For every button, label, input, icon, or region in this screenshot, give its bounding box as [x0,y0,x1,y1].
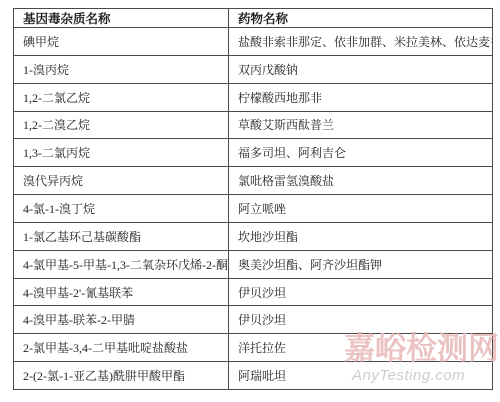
impurity-cell: 2-氯甲基-3,4-二甲基吡啶盐酸盐 [14,334,229,362]
table-row: 1-溴丙烷双丙戊酸钠 [14,55,493,83]
document-page: 基因毒杂质名称 药物名称 碘甲烷盐酸非索非那定、依非加群、米拉美林、依达麦布1-… [0,0,500,402]
impurity-cell: 1-溴丙烷 [14,55,229,83]
impurity-cell: 溴代异丙烷 [14,167,229,195]
drug-cell: 盐酸非索非那定、依非加群、米拉美林、依达麦布 [229,28,493,56]
table-row: 1,2-二氯乙烷柠檬酸西地那非 [14,83,493,111]
header-row: 基因毒杂质名称 药物名称 [14,9,493,28]
impurity-cell: 1,3-二氯丙烷 [14,139,229,167]
impurity-cell: 1-氯乙基环己基碳酸酯 [14,222,229,250]
drug-cell: 草酸艾斯西酞普兰 [229,111,493,139]
table-row: 4-溴甲基-2'-氰基联苯伊贝沙坦 [14,278,493,306]
drug-cell: 伊贝沙坦 [229,278,493,306]
table-row: 2-(2-氯-1-亚乙基)酰肼甲酸甲酯阿瑞吡坦 [14,362,493,390]
impurity-cell: 4-氯-1-溴丁烷 [14,195,229,223]
table-row: 碘甲烷盐酸非索非那定、依非加群、米拉美林、依达麦布 [14,28,493,56]
drug-cell: 坎地沙坦酯 [229,222,493,250]
table-row: 4-氯-1-溴丁烷阿立哌唑 [14,195,493,223]
impurity-cell: 2-(2-氯-1-亚乙基)酰肼甲酸甲酯 [14,362,229,390]
table-row: 4-氯甲基-5-甲基-1,3-二氧杂环戊烯-2-酮奥美沙坦酯、阿齐沙坦酯钾 [14,250,493,278]
drug-cell: 伊贝沙坦 [229,306,493,334]
impurity-cell: 碘甲烷 [14,28,229,56]
drug-cell: 阿瑞吡坦 [229,362,493,390]
table-row: 1,3-二氯丙烷福多司坦、阿利吉仑 [14,139,493,167]
drug-cell: 阿立哌唑 [229,195,493,223]
impurity-cell: 4-氯甲基-5-甲基-1,3-二氧杂环戊烯-2-酮 [14,250,229,278]
drug-cell: 奥美沙坦酯、阿齐沙坦酯钾 [229,250,493,278]
table-row: 2-氯甲基-3,4-二甲基吡啶盐酸盐洋托拉佐 [14,334,493,362]
drug-cell: 双丙戊酸钠 [229,55,493,83]
table-row: 溴代异丙烷氯吡格雷氢溴酸盐 [14,167,493,195]
table-row: 1,2-二溴乙烷草酸艾斯西酞普兰 [14,111,493,139]
table-row: 4-溴甲基-联苯-2-甲腈伊贝沙坦 [14,306,493,334]
impurity-cell: 1,2-二氯乙烷 [14,83,229,111]
drug-column-header: 药物名称 [229,9,493,28]
drug-cell: 洋托拉佐 [229,334,493,362]
impurity-column-header: 基因毒杂质名称 [14,9,229,28]
drug-cell: 福多司坦、阿利吉仑 [229,139,493,167]
table-row: 1-氯乙基环己基碳酸酯坎地沙坦酯 [14,222,493,250]
impurity-drug-table: 基因毒杂质名称 药物名称 碘甲烷盐酸非索非那定、依非加群、米拉美林、依达麦布1-… [13,8,493,390]
impurity-cell: 1,2-二溴乙烷 [14,111,229,139]
table-body: 碘甲烷盐酸非索非那定、依非加群、米拉美林、依达麦布1-溴丙烷双丙戊酸钠1,2-二… [14,28,493,390]
drug-cell: 柠檬酸西地那非 [229,83,493,111]
impurity-cell: 4-溴甲基-联苯-2-甲腈 [14,306,229,334]
impurity-cell: 4-溴甲基-2'-氰基联苯 [14,278,229,306]
drug-cell: 氯吡格雷氢溴酸盐 [229,167,493,195]
